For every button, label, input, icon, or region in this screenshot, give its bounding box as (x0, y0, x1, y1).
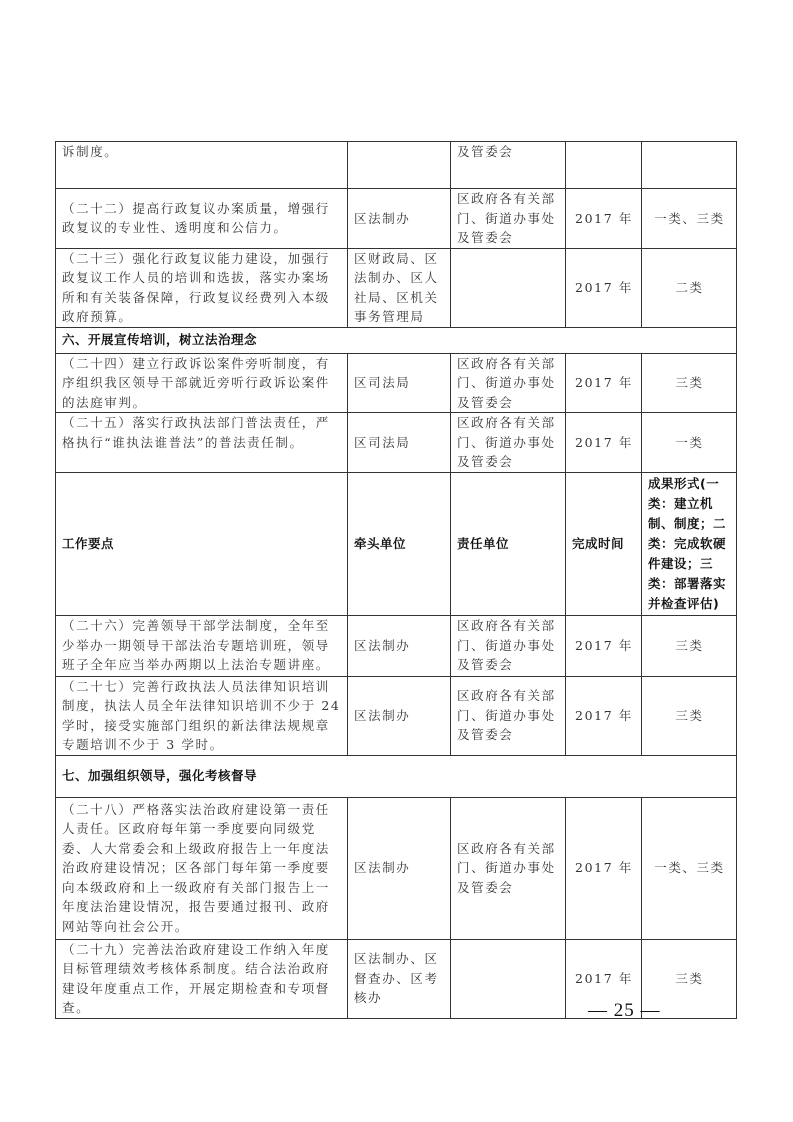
table-row: （二十三）强化行政复议能力建设，加强行政复议工作人员的培训和选拔，落实办案场所和… (56, 248, 737, 327)
lead-unit-cell: 区法制办、区督查办、区考核办 (348, 939, 451, 1018)
table-row: （二十四）建立行政诉讼案件旁听制度，有序组织我区领导干部就近旁听行政诉讼案件的法… (56, 353, 737, 413)
lead-unit-cell: 区司法局 (348, 413, 451, 473)
result-form-cell: 二类 (642, 248, 737, 327)
work-point-cell: （二十八）严格落实法治政府建设第一责任人责任。区政府每年第一季度要向同级党委、人… (56, 797, 348, 939)
result-form-cell: 一类、三类 (642, 797, 737, 939)
responsible-unit-cell: 区政府各有关部门、街道办事处及管委会 (451, 353, 566, 413)
work-point-cell: （二十七）完善行政执法人员法律知识培训制度，执法人员全年法律知识培训不少于 24… (56, 676, 348, 755)
page-number: — 25 — (588, 1000, 661, 1022)
responsible-unit-cell: 及管委会 (451, 142, 566, 189)
completion-time-cell: 2017 年 (566, 676, 642, 755)
work-point-cell: （二十五）落实行政执法部门普法责任，严格执行“谁执法谁普法”的普法责任制。 (56, 413, 348, 473)
responsible-unit-cell (451, 939, 566, 1018)
table-row: （二十二）提高行政复议办案质量，增强行政复议的专业性、透明度和公信力。 区法制办… (56, 189, 737, 249)
work-point-cell: （二十三）强化行政复议能力建设，加强行政复议工作人员的培训和选拔，落实办案场所和… (56, 248, 348, 327)
lead-unit-cell: 区法制办 (348, 189, 451, 249)
lead-unit-cell (348, 142, 451, 189)
section-heading-row: 六、开展宣传培训，树立法治理念 (56, 327, 737, 353)
completion-time-cell (566, 142, 642, 189)
result-form-cell: 三类 (642, 676, 737, 755)
result-form-cell: 三类 (642, 615, 737, 676)
responsible-unit-cell: 区政府各有关部门、街道办事处及管委会 (451, 676, 566, 755)
work-plan-table: 诉制度。 及管委会 （二十二）提高行政复议办案质量，增强行政复议的专业性、透明度… (55, 141, 737, 1019)
section-heading-row: 七、加强组织领导，强化考核督导 (56, 755, 737, 797)
completion-time-cell: 2017 年 (566, 248, 642, 327)
result-form-cell: 一类 (642, 413, 737, 473)
result-form-cell (642, 142, 737, 189)
completion-time-cell: 2017 年 (566, 797, 642, 939)
table-header-row: 工作要点 牵头单位 责任单位 完成时间 成果形式(一类：建立机制、制度；二类：完… (56, 472, 737, 615)
table-row: （二十八）严格落实法治政府建设第一责任人责任。区政府每年第一季度要向同级党委、人… (56, 797, 737, 939)
work-point-cell: （二十六）完善领导干部学法制度，全年至少举办一期领导干部法治专题培训班，领导班子… (56, 615, 348, 676)
responsible-unit-cell: 区政府各有关部门、街道办事处及管委会 (451, 615, 566, 676)
header-lead-unit: 牵头单位 (348, 472, 451, 615)
lead-unit-cell: 区财政局、区法制办、区人社局、区机关事务管理局 (348, 248, 451, 327)
lead-unit-cell: 区法制办 (348, 615, 451, 676)
lead-unit-cell: 区法制办 (348, 676, 451, 755)
table-row: （二十七）完善行政执法人员法律知识培训制度，执法人员全年法律知识培训不少于 24… (56, 676, 737, 755)
table-row: 诉制度。 及管委会 (56, 142, 737, 189)
header-work-point: 工作要点 (56, 472, 348, 615)
completion-time-cell: 2017 年 (566, 189, 642, 249)
section-six-title: 六、开展宣传培训，树立法治理念 (56, 327, 737, 353)
section-seven-title: 七、加强组织领导，强化考核督导 (56, 755, 737, 797)
header-completion-time: 完成时间 (566, 472, 642, 615)
work-point-cell: 诉制度。 (56, 142, 348, 189)
lead-unit-cell: 区司法局 (348, 353, 451, 413)
header-responsible-unit: 责任单位 (451, 472, 566, 615)
responsible-unit-cell: 区政府各有关部门、街道办事处及管委会 (451, 189, 566, 249)
table-row: （二十六）完善领导干部学法制度，全年至少举办一期领导干部法治专题培训班，领导班子… (56, 615, 737, 676)
responsible-unit-cell: 区政府各有关部门、街道办事处及管委会 (451, 797, 566, 939)
completion-time-cell: 2017 年 (566, 615, 642, 676)
completion-time-cell: 2017 年 (566, 413, 642, 473)
work-point-cell: （二十四）建立行政诉讼案件旁听制度，有序组织我区领导干部就近旁听行政诉讼案件的法… (56, 353, 348, 413)
completion-time-cell: 2017 年 (566, 353, 642, 413)
header-result-form: 成果形式(一类：建立机制、制度；二类：完成软硬件建设；三类：部署落实并检查评估) (642, 472, 737, 615)
lead-unit-cell: 区法制办 (348, 797, 451, 939)
table-row: （二十五）落实行政执法部门普法责任，严格执行“谁执法谁普法”的普法责任制。 区司… (56, 413, 737, 473)
result-form-cell: 三类 (642, 353, 737, 413)
work-point-cell: （二十九）完善法治政府建设工作纳入年度目标管理绩效考核体系制度。结合法治政府建设… (56, 939, 348, 1018)
responsible-unit-cell: 区政府各有关部门、街道办事处及管委会 (451, 413, 566, 473)
responsible-unit-cell (451, 248, 566, 327)
result-form-cell: 一类、三类 (642, 189, 737, 249)
work-point-cell: （二十二）提高行政复议办案质量，增强行政复议的专业性、透明度和公信力。 (56, 189, 348, 249)
